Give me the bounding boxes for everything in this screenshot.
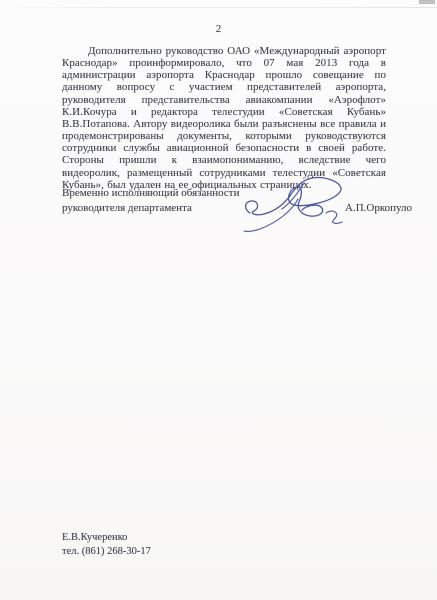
handwritten-signature-ink [242,175,352,237]
footer-contact-block: Е.В.Кучеренко тел. (861) 268-30-17 [62,531,151,558]
signature-main-stroke [246,178,341,217]
contact-phone: тел. (861) 268-30-17 [62,545,151,559]
scanned-document-page: 2 Дополнительно руководство ОАО «Междуна… [0,0,437,600]
signature-tail-stroke [326,211,342,223]
signature-descender-stroke [244,199,298,231]
signatory-title-line-1: Временно исполняющий обязанности [62,186,239,201]
scan-artifact-line [0,7,437,8]
signer-name: А.П.Оркопуло [345,202,412,214]
corner-smudge-artifact [419,0,435,4]
page-number: 2 [0,23,437,35]
body-paragraph: Дополнительно руководство ОАО «Междунаро… [62,45,386,191]
contact-name: Е.В.Кучеренко [62,531,151,545]
signatory-title-block: Временно исполняющий обязанности руковод… [62,186,239,216]
signatory-title-line-2: руководителя департамента [62,201,239,216]
